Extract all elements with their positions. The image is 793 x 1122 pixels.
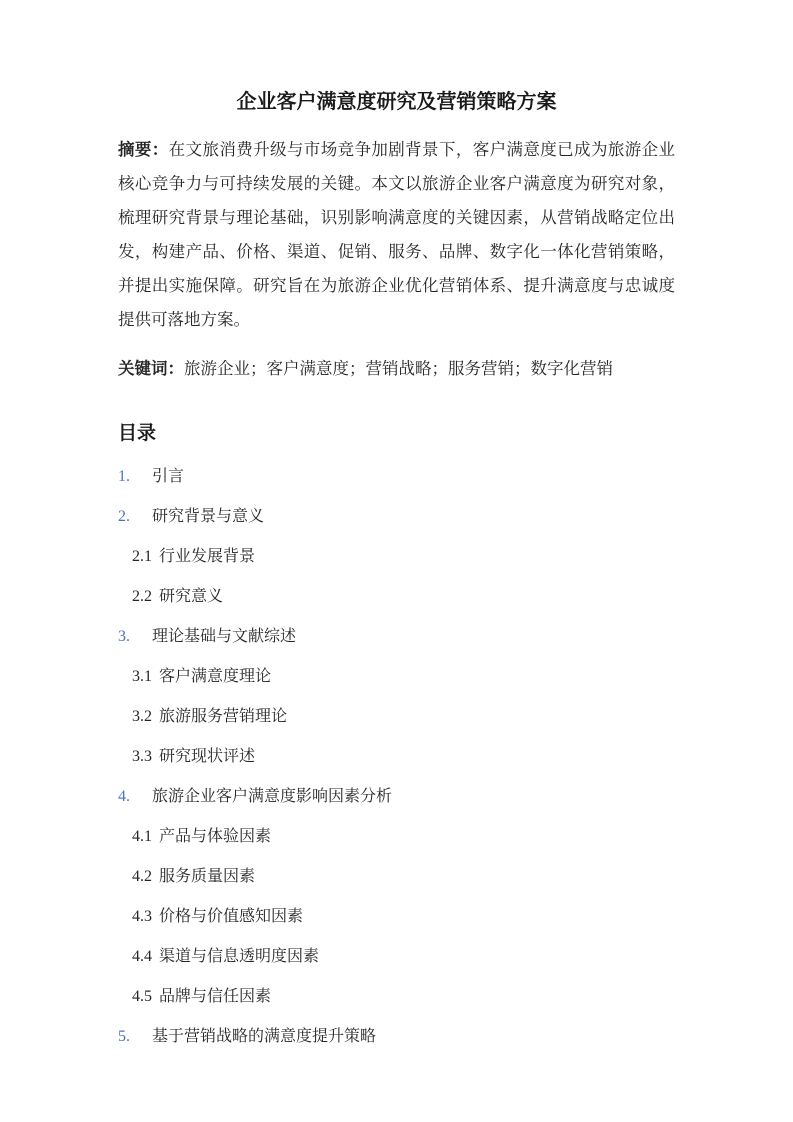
document-page: 企业客户满意度研究及营销策略方案 摘要：在文旅消费升级与市场竞争加剧背景下，客户…: [0, 0, 793, 1122]
toc-item-number: 2.: [118, 506, 152, 527]
abstract-text: 在文旅消费升级与市场竞争加剧背景下，客户满意度已成为旅游企业核心竞争力与可持续发…: [118, 140, 675, 329]
toc-item: 4.5品牌与信任因素: [118, 986, 675, 1007]
toc-item-number: 2.1: [132, 546, 152, 567]
toc-item: 1.引言: [118, 466, 675, 487]
toc-item-number: 4.: [118, 786, 152, 807]
toc-item-label: 服务质量因素: [159, 868, 255, 885]
toc-item-label: 客户满意度理论: [159, 668, 271, 685]
toc-item-number: 4.3: [132, 906, 152, 927]
toc-item-number: 5.: [118, 1026, 152, 1047]
toc-item-number: 4.1: [132, 826, 152, 847]
keywords-paragraph: 关键词：旅游企业；客户满意度；营销战略；服务营销；数字化营销: [118, 352, 675, 386]
toc-item: 3.1客户满意度理论: [118, 666, 675, 687]
toc-item: 3.3研究现状评述: [118, 746, 675, 767]
toc-item-label: 研究意义: [159, 588, 223, 605]
toc-item-number: 3.3: [132, 746, 152, 767]
toc-item: 3.2旅游服务营销理论: [118, 706, 675, 727]
document-title: 企业客户满意度研究及营销策略方案: [118, 88, 675, 116]
toc-list: 1.引言2.研究背景与意义2.1行业发展背景2.2研究意义3.理论基础与文献综述…: [118, 466, 675, 1047]
toc-item-label: 理论基础与文献综述: [152, 628, 296, 645]
toc-item-label: 基于营销战略的满意度提升策略: [152, 1028, 376, 1045]
abstract-paragraph: 摘要：在文旅消费升级与市场竞争加剧背景下，客户满意度已成为旅游企业核心竞争力与可…: [118, 133, 675, 337]
keywords-label: 关键词：: [118, 359, 184, 378]
toc-item: 3.理论基础与文献综述: [118, 626, 675, 647]
toc-item-label: 研究背景与意义: [152, 508, 264, 525]
toc-item-number: 3.1: [132, 666, 152, 687]
toc-item: 4.旅游企业客户满意度影响因素分析: [118, 786, 675, 807]
keywords-text: 旅游企业；客户满意度；营销战略；服务营销；数字化营销: [184, 359, 613, 378]
toc-item: 4.2服务质量因素: [118, 866, 675, 887]
toc-item-label: 引言: [152, 468, 184, 485]
toc-item-label: 产品与体验因素: [159, 828, 271, 845]
toc-item-number: 1.: [118, 466, 152, 487]
toc-item-number: 4.5: [132, 986, 152, 1007]
toc-item-label: 渠道与信息透明度因素: [159, 948, 319, 965]
toc-item-number: 3.: [118, 626, 152, 647]
toc-item-number: 3.2: [132, 706, 152, 727]
toc-item: 4.3价格与价值感知因素: [118, 906, 675, 927]
toc-item-label: 价格与价值感知因素: [159, 908, 303, 925]
toc-item-label: 研究现状评述: [159, 748, 255, 765]
toc-item: 2.研究背景与意义: [118, 506, 675, 527]
toc-item-label: 旅游企业客户满意度影响因素分析: [152, 788, 392, 805]
toc-item: 5.基于营销战略的满意度提升策略: [118, 1026, 675, 1047]
toc-item: 2.2研究意义: [118, 586, 675, 607]
toc-item-number: 2.2: [132, 586, 152, 607]
toc-item-label: 旅游服务营销理论: [159, 708, 287, 725]
toc-item-label: 行业发展背景: [159, 548, 255, 565]
toc-item-number: 4.2: [132, 866, 152, 887]
abstract-label: 摘要：: [118, 140, 169, 159]
toc-item: 4.1产品与体验因素: [118, 826, 675, 847]
toc-heading: 目录: [118, 422, 675, 446]
toc-item-number: 4.4: [132, 946, 152, 967]
toc-item: 2.1行业发展背景: [118, 546, 675, 567]
toc-item: 4.4渠道与信息透明度因素: [118, 946, 675, 967]
toc-item-label: 品牌与信任因素: [159, 988, 271, 1005]
